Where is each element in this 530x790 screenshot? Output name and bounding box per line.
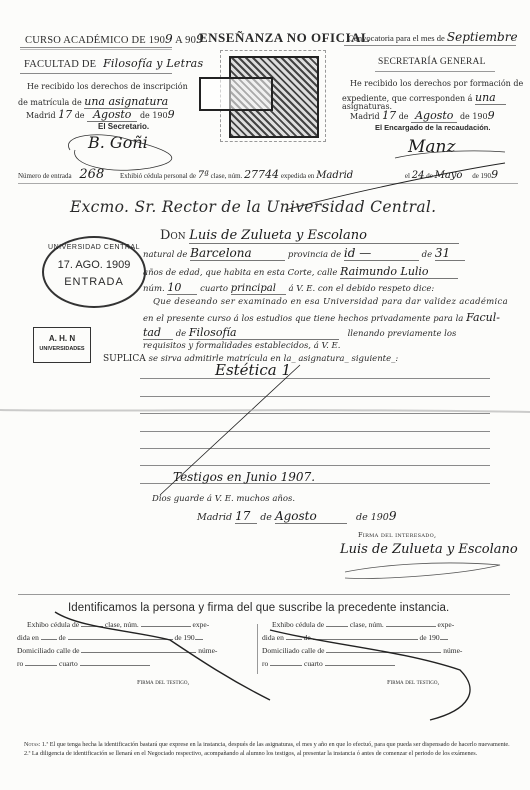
identification-title: Identificamos la persona y firma del que…: [68, 602, 449, 614]
petition-line-1: Don Luis de Zulueta y Escolano: [160, 228, 459, 244]
facultad: FACULTAD DE Filosofía y Letras: [24, 57, 203, 70]
entrada-stamp: UNIVERSIDAD CENTRAL 17. AGO. 1909 ENTRAD…: [42, 236, 146, 308]
petition-line-5: Que deseando ser examinado en esa Univer…: [153, 297, 508, 307]
facultad-value: Filosofía y Letras: [103, 57, 203, 70]
numero-entrada-value: 268: [79, 167, 104, 182]
curso-year-start: 9: [165, 32, 173, 46]
witness-1: Exhibo cédula de clase, núm. expe- dida …: [17, 618, 253, 689]
firma-interesado-label: Firma del interesado,: [358, 531, 436, 539]
secretaria-general: SECRETARÍA GENERAL: [378, 57, 486, 67]
applicant-name: Luis de Zulueta y Escolano: [189, 228, 459, 244]
petition-line-6: en el presente curso á los estudios que …: [143, 311, 500, 324]
petition-line-4: núm. 10 cuarto principal á V. E. con el …: [143, 281, 434, 295]
petition-date: Madrid 17 de Agosto de 1909: [197, 509, 396, 524]
recibido-left-2: de matrícula de una asignatura: [18, 95, 168, 108]
encargado-signature: Manz: [408, 137, 455, 157]
petition-line-3: años de edad, que habita en esta Corte, …: [143, 265, 458, 279]
firma-interesado: Luis de Zulueta y Escolano: [340, 542, 518, 557]
secretario-label: El Secretario.: [98, 122, 149, 131]
recibido-left-1: He recibido los derechos de inscripción: [27, 82, 188, 91]
fiscal-stamp: [220, 50, 326, 142]
convocatoria-value: Septiembre: [447, 30, 518, 44]
petition-line-8: requisitos y formalidades establecidos, …: [143, 341, 340, 351]
entrada-line: Número de entrada 268 Exhibió cédula per…: [18, 167, 518, 182]
notes: Notas: 1.ª El que tenga hecha la identif…: [14, 741, 514, 758]
convocatoria: Convocatoria para el mes de Septiembre: [348, 30, 518, 44]
petition-line-7: tad de Filosofía llenando previamente lo…: [143, 326, 456, 340]
dios-guarde: Dios guarde á V. E. muchos años.: [152, 494, 295, 504]
matricula-value: una asignatura: [84, 95, 168, 109]
ahn-stamp: A. H. N UNIVERSIDADES: [33, 327, 91, 363]
addressee: Excmo. Sr. Rector de la Universidad Cent…: [70, 198, 436, 216]
document-title: ENSEÑANZA NO OFICIAL: [199, 30, 370, 46]
recibido-right-1: He recibido los derechos por formación d…: [350, 79, 523, 88]
stamp-overprint: [199, 77, 273, 111]
witness-2: Exhibo cédula de clase, núm. expe- dida …: [262, 618, 498, 689]
testigos-note: Testigos en Junio 1907.: [173, 470, 315, 484]
recibido-right-date: Madrid 17 de Agosto de 1909: [350, 109, 495, 122]
curso-academico: CURSO ACADÉMICO DE 1909 A 909: [25, 32, 204, 46]
secretario-signature: B. Goñi: [88, 133, 148, 152]
recibido-left-date: Madrid 17 de Agosto de 1909: [26, 108, 175, 121]
encargado-label: El Encargado de la recaudación.: [375, 123, 490, 132]
petition-line-2: natural de Barcelona provincia de id — d…: [143, 246, 465, 261]
asignatura-1: Estética 1: [215, 361, 291, 379]
